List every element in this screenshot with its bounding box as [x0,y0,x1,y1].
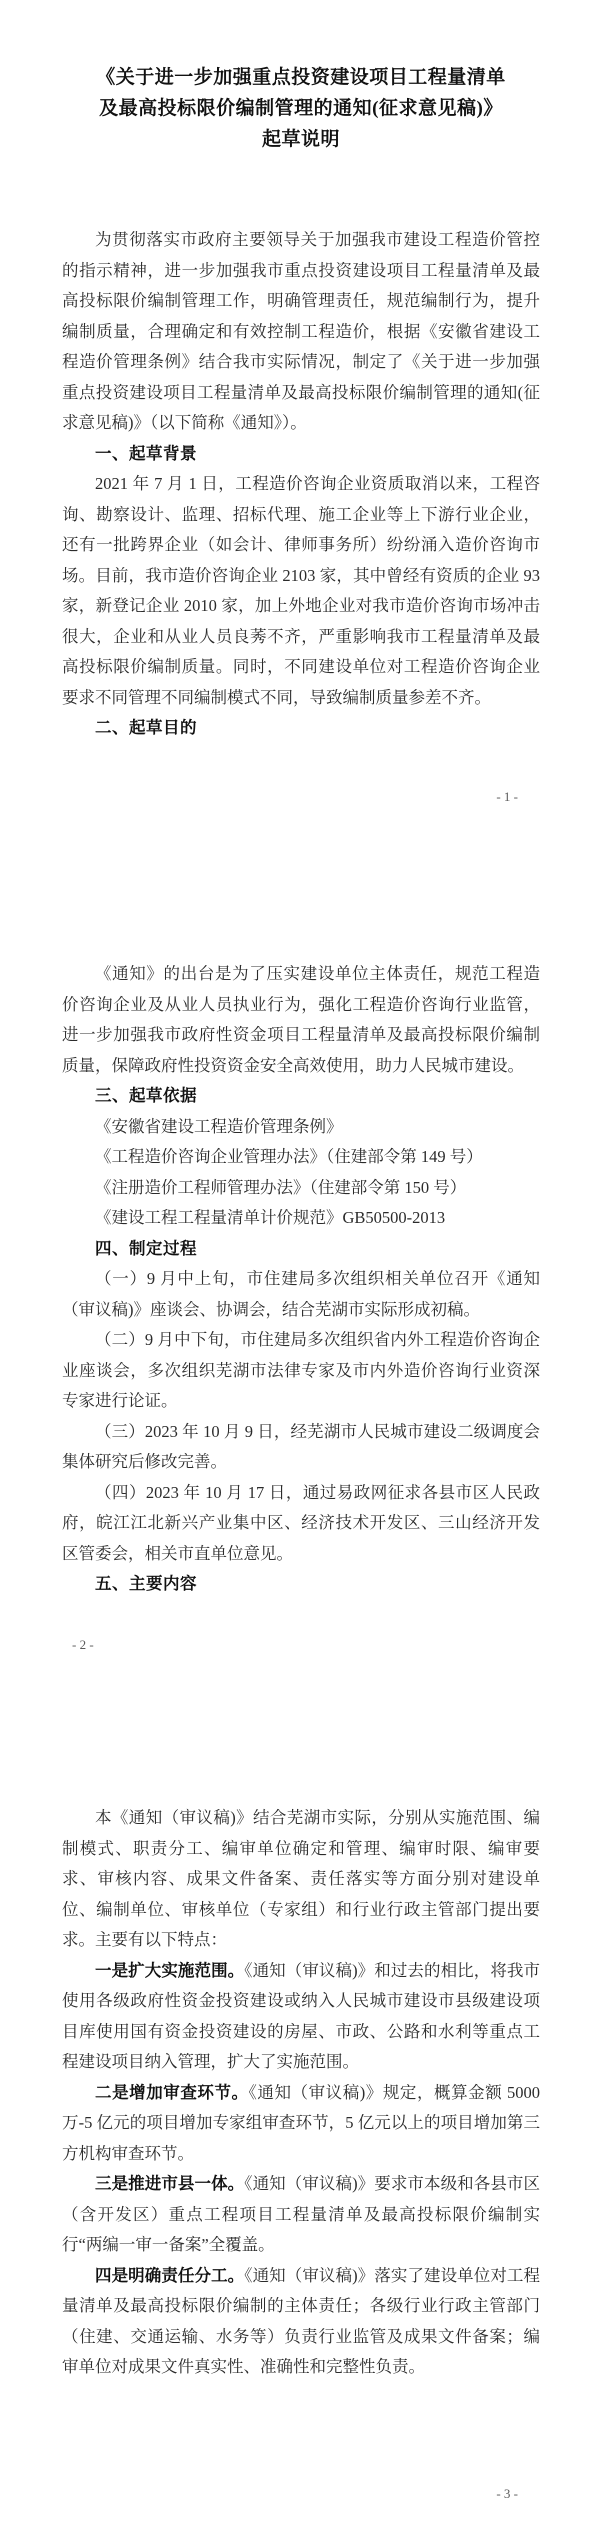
feature-point-lead: 三是推进市县一体。 [95,2175,244,2193]
page-number-1: - 1 - [72,789,518,805]
process-step: （三）2023 年 10 月 9 日，经芜湖市人民城市建设二级调度会集体研究后修… [62,1417,540,1478]
process-step: （四）2023 年 10 月 17 日，通过易政网征求各县市区人民政府，皖江江北… [62,1478,540,1570]
document-view: 《关于进一步加强重点投资建设项目工程量清单及最高投标限价编制管理的通知(征求意见… [0,0,600,2546]
reference-item: 《建设工程工程量清单计价规范》GB50500-2013 [62,1203,540,1234]
reference-item: 《安徽省建设工程造价管理条例》 [62,1112,540,1143]
process-step: （二）9 月中下旬，市住建局多次组织省内外工程造价咨询企业座谈会，多次组织芜湖市… [62,1325,540,1417]
reference-item: 《工程造价咨询企业管理办法》（住建部令第 149 号） [62,1142,540,1173]
feature-point: 二是增加审查环节。《通知（审议稿)》规定，概算金额 5000 万-5 亿元的项目… [62,2078,540,2170]
feature-point-lead: 四是明确责任分工。 [95,2267,244,2285]
feature-point-lead: 二是增加审查环节。 [95,2084,249,2102]
section-heading-process: 四、制定过程 [62,1234,540,1265]
paragraph-intro: 为贯彻落实市政府主要领导关于加强我市建设工程造价管控的指示精神，进一步加强我市重… [62,225,540,439]
page-number-3: - 3 - [72,2486,518,2502]
page-number-2: - 2 - [72,1637,518,1653]
page-1: 《关于进一步加强重点投资建设项目工程量清单及最高投标限价编制管理的通知(征求意见… [0,0,600,849]
feature-point: 一是扩大实施范围。《通知（审议稿)》和过去的相比，将我市使用各级政府性资金投资建… [62,1956,540,2078]
feature-point: 四是明确责任分工。《通知（审议稿)》落实了建设单位对工程量清单及最高投标限价编制… [62,2261,540,2383]
paragraph-content-overview: 本《通知（审议稿)》结合芜湖市实际，分别从实施范围、编制模式、职责分工、编审单位… [62,1803,540,1956]
paragraph-purpose: 《通知》的出台是为了压实建设单位主体责任，规范工程造价咨询企业及从业人员执业行为… [62,959,540,1081]
page-2: 《通知》的出台是为了压实建设单位主体责任，规范工程造价咨询企业及从业人员执业行为… [0,849,600,1697]
reference-item: 《注册造价工程师管理办法》（住建部令第 150 号） [62,1173,540,1204]
feature-point-lead: 一是扩大实施范围。 [95,1962,244,1980]
section-heading-background: 一、起草背景 [62,439,540,470]
section-heading-content: 五、主要内容 [62,1569,540,1600]
feature-point: 三是推进市县一体。《通知（审议稿)》要求市本级和各县市区（含开发区）重点工程项目… [62,2169,540,2261]
page-title: 《关于进一步加强重点投资建设项目工程量清单及最高投标限价编制管理的通知(征求意见… [95,62,507,155]
section-heading-purpose: 二、起草目的 [62,713,540,744]
paragraph-background: 2021 年 7 月 1 日，工程造价咨询企业资质取消以来，工程咨询、勘察设计、… [62,469,540,713]
section-heading-basis: 三、起草依据 [62,1081,540,1112]
page-3: 本《通知（审议稿)》结合芜湖市实际，分别从实施范围、编制模式、职责分工、编审单位… [0,1697,600,2546]
process-step: （一）9 月中上旬，市住建局多次组织相关单位召开《通知（审议稿)》座谈会、协调会… [62,1264,540,1325]
